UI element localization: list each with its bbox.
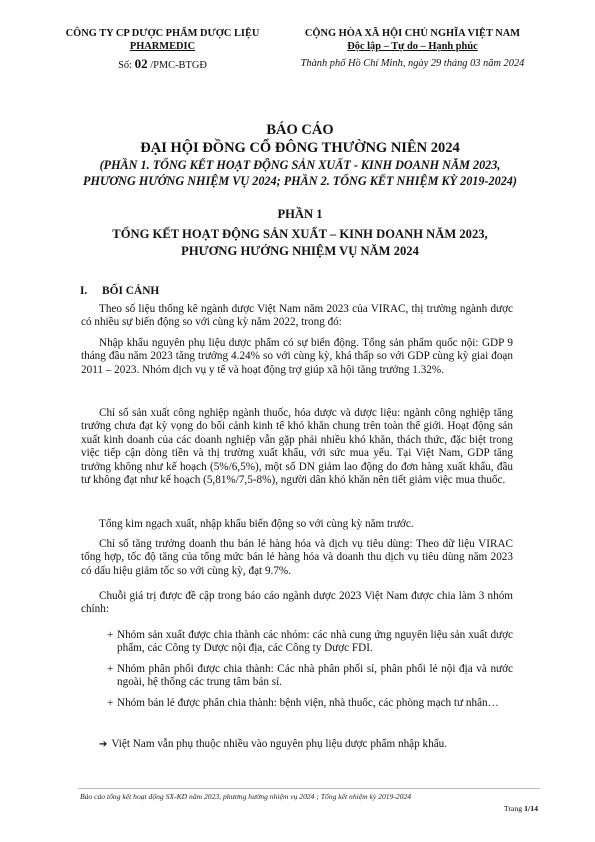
title-line-3: (PHẦN 1. TỔNG KẾT HOẠT ĐỘNG SẢN XUẤT - K… <box>60 157 540 173</box>
paragraph-text: Theo số liệu thống kê ngành dược Việt Na… <box>81 303 513 330</box>
part-label: PHẦN 1 <box>60 206 540 223</box>
arrow-right-icon: ➔ <box>99 739 107 750</box>
part-heading: PHẦN 1 TỔNG KẾT HOẠT ĐỘNG SẢN XUẤT – KIN… <box>60 206 540 260</box>
company-name: CÔNG TY CP DƯỢC PHẨM DƯỢC LIỆU <box>60 27 265 40</box>
plus-bullet-icon: + <box>107 629 113 642</box>
doc-number-prefix: Số: <box>118 60 132 71</box>
list-item: + Nhóm sản xuất được chia thành các nhóm… <box>117 629 513 656</box>
page-value: 1/14 <box>524 804 538 813</box>
footer-caption: Báo cáo tổng kết hoạt động SX-KD năm 202… <box>80 792 540 801</box>
page-label: Trang <box>504 804 522 813</box>
place-date: Thành phố Hồ Chí Minh, ngày 29 tháng 03 … <box>270 57 555 70</box>
nation-title: CỘNG HÒA XÃ HỘI CHỦ NGHĨA VIỆT NAM <box>270 27 555 40</box>
list-item: + Nhóm phân phối được chia thành: Các nh… <box>117 663 513 690</box>
section-number: I. <box>80 285 102 297</box>
conclusion: ➔Việt Nam vẫn phụ thuộc nhiều vào nguyên… <box>99 738 539 751</box>
plus-bullet-icon: + <box>107 663 113 676</box>
footer-divider <box>78 788 540 789</box>
national-header: CỘNG HÒA XÃ HỘI CHỦ NGHĨA VIỆT NAM Độc l… <box>270 27 555 70</box>
paragraph-text: Tổng kim ngạch xuất, nhập khẩu biến động… <box>81 518 513 531</box>
paragraph-text: Chuỗi giá trị được đề cập trong báo cáo … <box>81 590 513 617</box>
paragraph: Tổng kim ngạch xuất, nhập khẩu biến động… <box>81 518 513 531</box>
paragraph-text: Chỉ số tăng trưởng doanh thu bán lẻ hàng… <box>81 538 513 578</box>
plus-bullet-icon: + <box>107 697 113 710</box>
list-item-text: Nhóm phân phối được chia thành: Các nhà … <box>117 663 513 688</box>
title-line-1: BÁO CÁO <box>60 121 540 139</box>
list-item: + Nhóm bán lẻ được phân chia thành: bệnh… <box>117 697 513 710</box>
document-number: Số: 02 /PMC-BTGĐ <box>60 57 265 72</box>
doc-number-suffix: /PMC-BTGĐ <box>150 60 207 71</box>
part-title-line-2: PHƯƠNG HƯỚNG NHIỆM VỤ NĂM 2024 <box>60 243 540 260</box>
page-number: Trang 1/14 <box>504 804 538 813</box>
conclusion-text: Việt Nam vẫn phụ thuộc nhiều vào nguyên … <box>111 738 447 750</box>
section-title: BỐI CẢNH <box>102 285 159 297</box>
title-line-4: PHƯƠNG HƯỚNG NHIỆM VỤ 2024; PHẦN 2. TỔNG… <box>60 173 540 189</box>
doc-number-value: 02 <box>135 56 148 71</box>
paragraph-text: Nhập khẩu nguyên phụ liệu dược phẩm có s… <box>81 337 513 377</box>
title-line-2: ĐẠI HỘI ĐỒNG CỔ ĐÔNG THƯỜNG NIÊN 2024 <box>60 139 540 157</box>
paragraph: Chỉ số tăng trưởng doanh thu bán lẻ hàng… <box>81 538 513 578</box>
paragraph: Chỉ số sản xuất công nghiệp ngành thuốc,… <box>81 407 513 487</box>
section-heading: I.BỐI CẢNH <box>80 285 159 297</box>
report-title: BÁO CÁO ĐẠI HỘI ĐỒNG CỔ ĐÔNG THƯỜNG NIÊN… <box>60 121 540 189</box>
paragraph: Chuỗi giá trị được đề cập trong báo cáo … <box>81 590 513 617</box>
company-brand: PHARMEDIC <box>60 40 265 53</box>
part-title-line-1: TỔNG KẾT HOẠT ĐỘNG SẢN XUẤT – KINH DOANH… <box>60 226 540 243</box>
nation-motto: Độc lập – Tự do – Hạnh phúc <box>270 40 555 53</box>
paragraph: Nhập khẩu nguyên phụ liệu dược phẩm có s… <box>81 337 513 377</box>
issuer-block: CÔNG TY CP DƯỢC PHẨM DƯỢC LIỆU PHARMEDIC… <box>60 27 265 72</box>
list-item-text: Nhóm bán lẻ được phân chia thành: bệnh v… <box>117 697 499 709</box>
list-item-text: Nhóm sản xuất được chia thành các nhóm: … <box>117 629 513 654</box>
paragraph-text: Chỉ số sản xuất công nghiệp ngành thuốc,… <box>81 407 513 487</box>
paragraph: Theo số liệu thống kê ngành dược Việt Na… <box>81 303 513 330</box>
